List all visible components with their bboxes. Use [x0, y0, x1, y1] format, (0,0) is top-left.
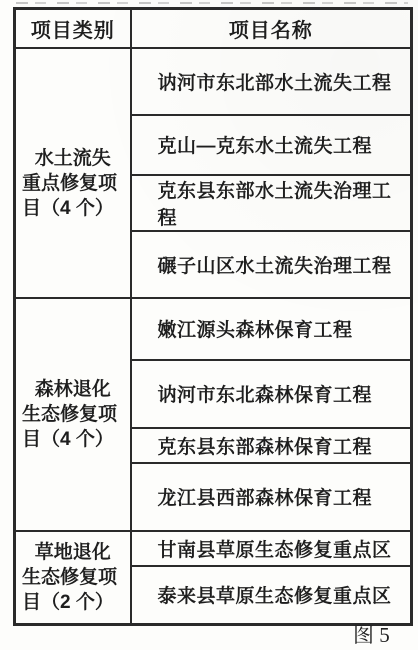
project-name-cell: 龙江县西部森林保育工程	[131, 463, 412, 531]
category-cell-forest-degradation: 森林退化 生态修复项 目（4 个）	[15, 298, 131, 531]
category-line: 森林退化	[16, 377, 130, 402]
category-line: 生态修复项	[16, 402, 130, 427]
header-category: 项目类别	[15, 9, 131, 48]
figure-caption: 图 5	[353, 619, 390, 649]
category-line: 草地退化	[16, 540, 130, 565]
project-name-cell: 讷河市东北部水土流失工程	[131, 48, 412, 115]
table-row: 水土流失 重点修复项 目（4 个） 讷河市东北部水土流失工程	[15, 48, 412, 115]
scanned-document-page: 项目类别 项目名称 水土流失 重点修复项 目（4 个） 讷河市东北部水土流失工程…	[0, 0, 418, 650]
project-name-cell: 泰来县草原生态修复重点区	[131, 566, 412, 625]
category-cell-grassland-degradation: 草地退化 生态修复项 目（2 个）	[15, 531, 131, 625]
project-name-cell: 克山—克东水土流失工程	[131, 115, 412, 175]
category-text-block: 森林退化 生态修复项 目（4 个）	[16, 377, 130, 452]
header-project-name: 项目名称	[131, 9, 412, 48]
category-text-block: 水土流失 重点修复项 目（4 个）	[16, 146, 130, 221]
category-line: 目（2 个）	[16, 590, 130, 615]
project-name-cell: 讷河市东北森林保育工程	[131, 360, 412, 428]
project-name-cell: 碾子山区水土流失治理工程	[131, 231, 412, 298]
scan-artifact	[16, 2, 408, 4]
project-name-cell: 甘南县草原生态修复重点区	[131, 531, 412, 566]
table-row: 森林退化 生态修复项 目（4 个） 嫩江源头森林保育工程	[15, 298, 412, 360]
category-text-block: 草地退化 生态修复项 目（2 个）	[16, 540, 130, 615]
category-cell-soil-erosion: 水土流失 重点修复项 目（4 个）	[15, 48, 131, 298]
category-line: 水土流失	[16, 146, 130, 171]
table-header-row: 项目类别 项目名称	[15, 9, 412, 48]
category-line: 生态修复项	[16, 565, 130, 590]
category-line: 目（4 个）	[16, 196, 130, 221]
project-name-cell: 克东县东部森林保育工程	[131, 428, 412, 463]
table-row: 草地退化 生态修复项 目（2 个） 甘南县草原生态修复重点区	[15, 531, 412, 566]
category-line: 重点修复项	[16, 171, 130, 196]
project-name-cell: 嫩江源头森林保育工程	[131, 298, 412, 360]
project-name-cell: 克东县东部水土流失治理工程	[131, 175, 412, 231]
category-line: 目（4 个）	[16, 427, 130, 452]
project-table: 项目类别 项目名称 水土流失 重点修复项 目（4 个） 讷河市东北部水土流失工程…	[13, 7, 413, 626]
